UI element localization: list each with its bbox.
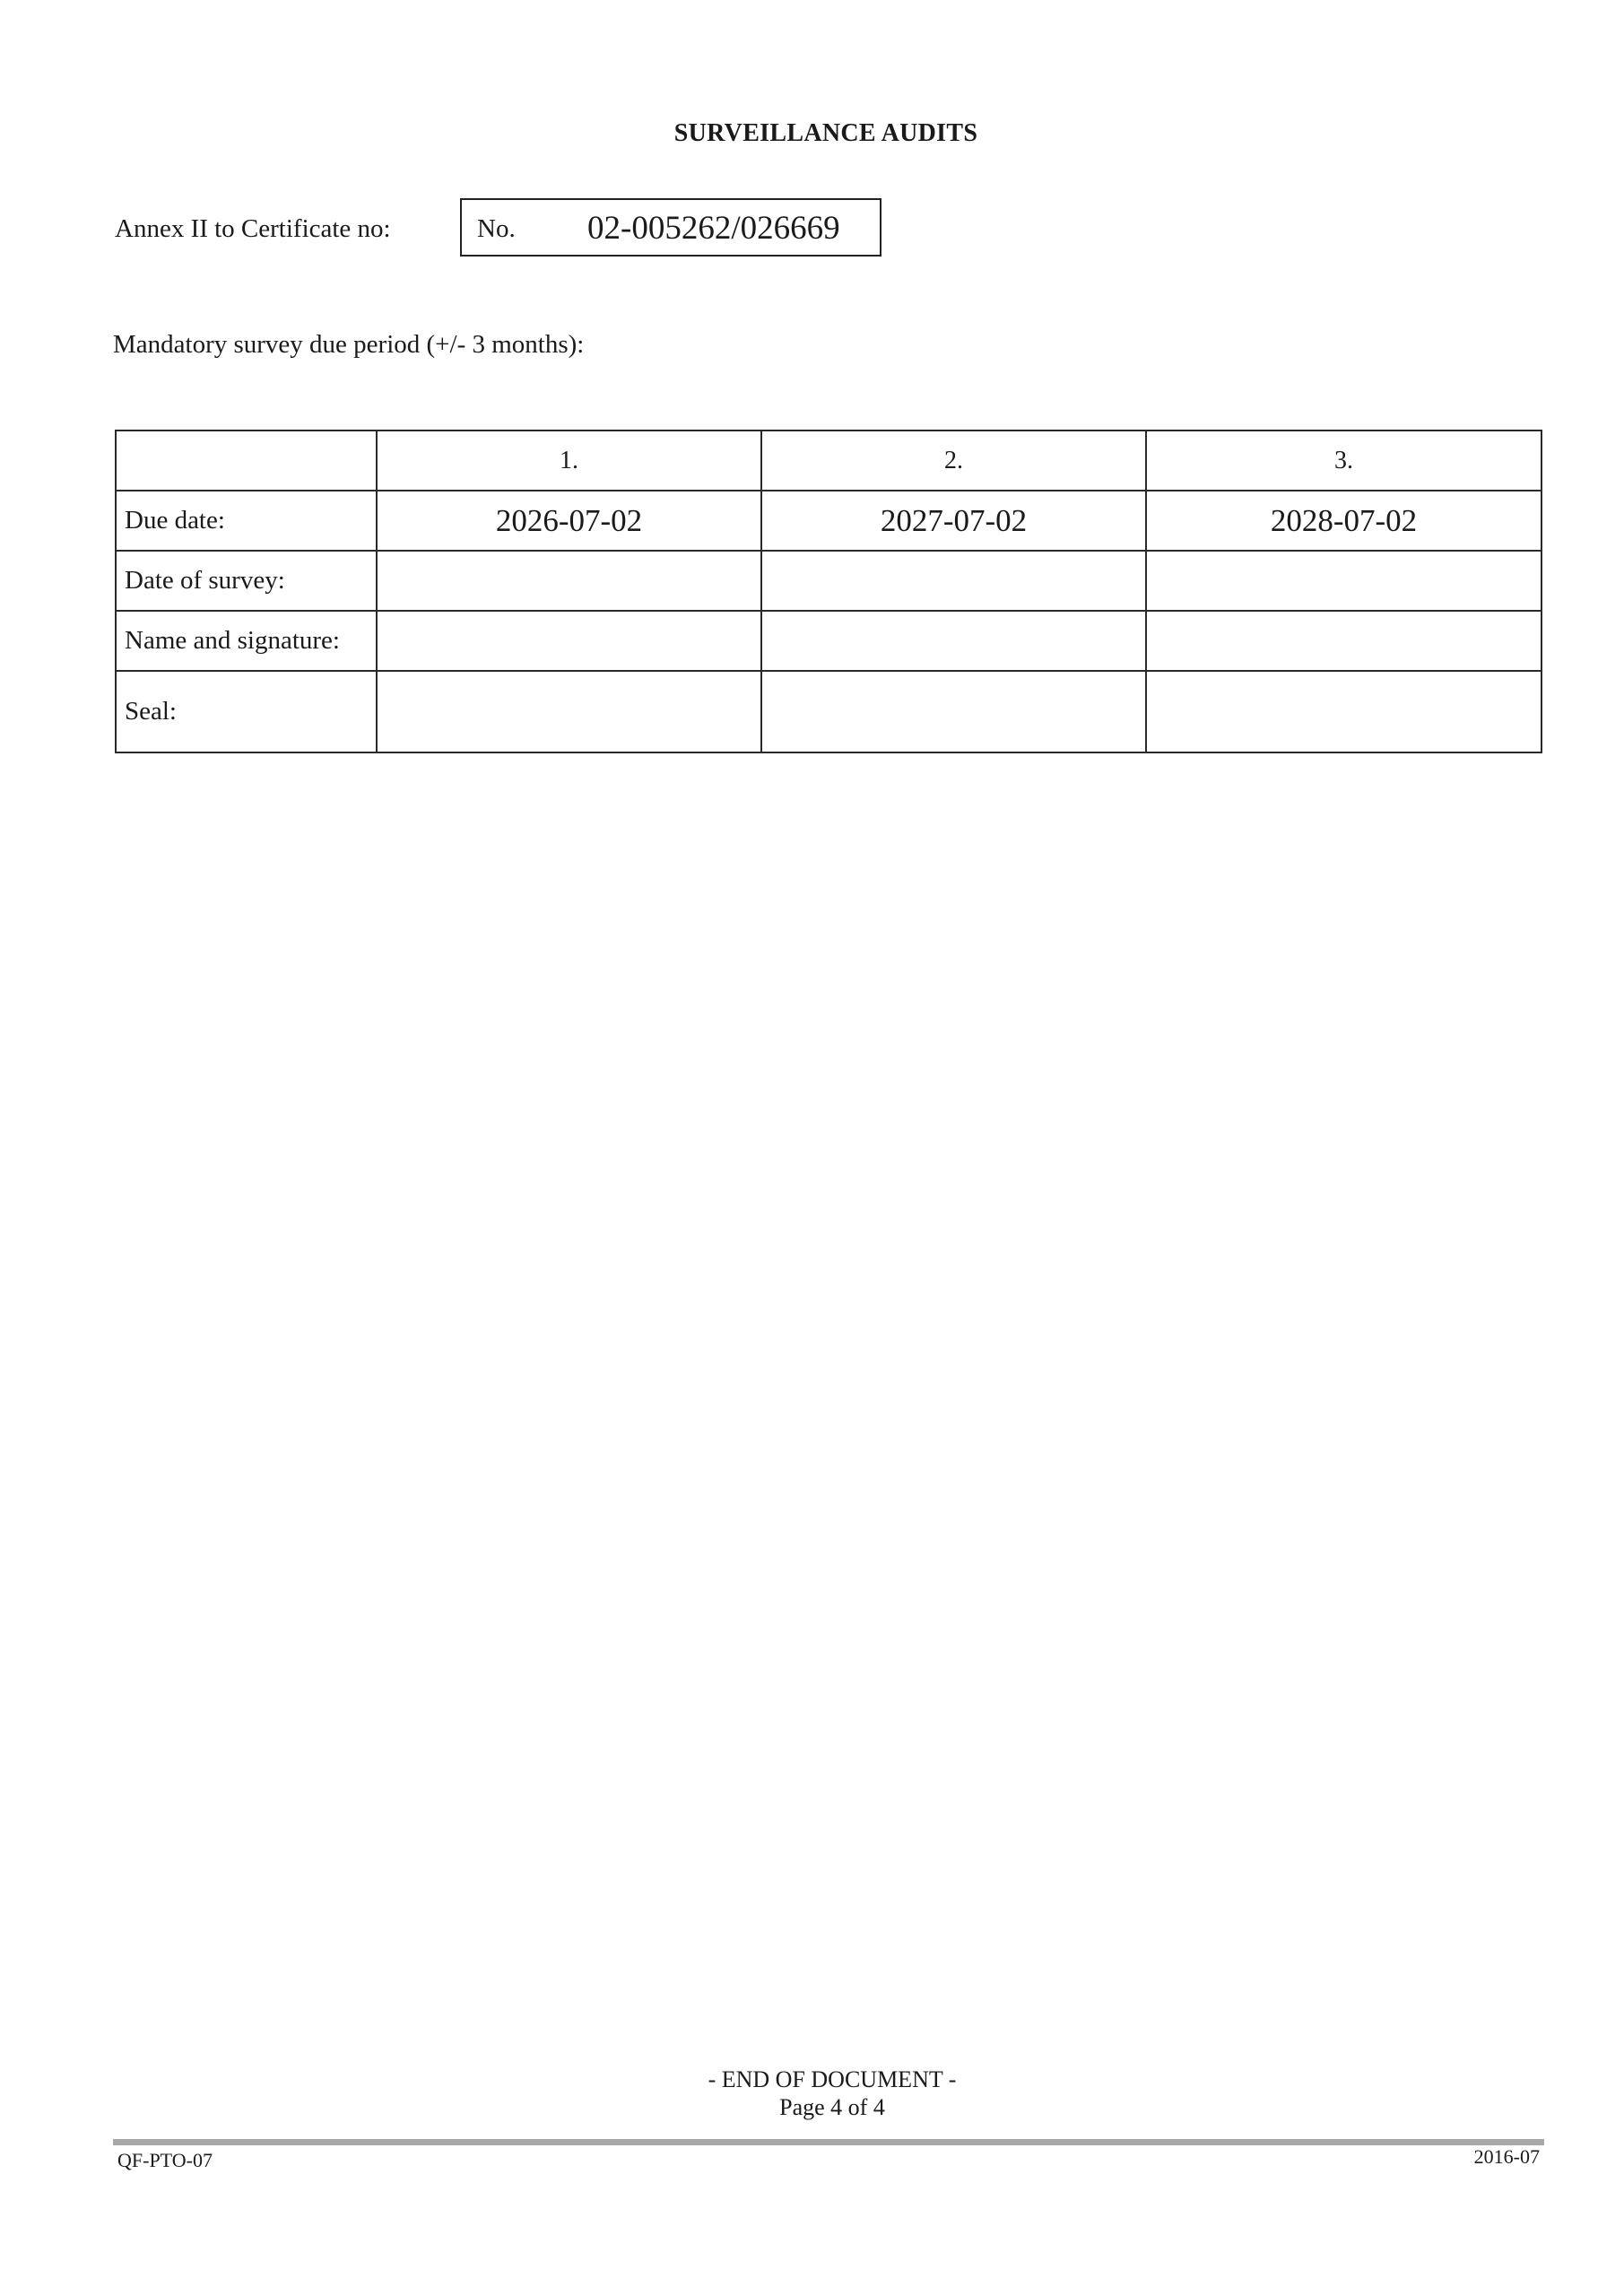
signature-3 — [1146, 611, 1541, 671]
seal-1 — [377, 671, 761, 752]
signature-2 — [761, 611, 1146, 671]
table-row-name-signature: Name and signature: — [116, 611, 1541, 671]
header-corner-cell — [116, 430, 377, 491]
survey-date-1 — [377, 551, 761, 611]
form-revision: 2016-07 — [1474, 2145, 1540, 2169]
form-code: QF-PTO-07 — [117, 2149, 213, 2172]
table-row-seal: Seal: — [116, 671, 1541, 752]
seal-2 — [761, 671, 1146, 752]
row-label-name-signature: Name and signature: — [116, 611, 377, 671]
certificate-number-box: No. 02-005262/026669 — [460, 198, 881, 257]
page-number: Page 4 of 4 — [0, 2094, 1624, 2121]
table-header-row: 1. 2. 3. — [116, 430, 1541, 491]
table-row-due-date: Due date: 2026-07-02 2027-07-02 2028-07-… — [116, 491, 1541, 551]
header-survey-3: 3. — [1146, 430, 1541, 491]
page-title: SURVEILLANCE AUDITS — [0, 119, 1624, 148]
surveillance-audit-table: 1. 2. 3. Due date: 2026-07-02 2027-07-02… — [115, 430, 1542, 753]
survey-date-2 — [761, 551, 1146, 611]
row-label-seal: Seal: — [116, 671, 377, 752]
survey-date-3 — [1146, 551, 1541, 611]
due-date-1: 2026-07-02 — [377, 491, 761, 551]
footer-divider — [113, 2139, 1544, 2145]
signature-1 — [377, 611, 761, 671]
header-survey-1: 1. — [377, 430, 761, 491]
due-date-3: 2028-07-02 — [1146, 491, 1541, 551]
due-period-label: Mandatory survey due period (+/- 3 month… — [113, 330, 584, 360]
header-survey-2: 2. — [761, 430, 1146, 491]
certificate-number: 02-005262/026669 — [587, 209, 840, 248]
table-row-date-of-survey: Date of survey: — [116, 551, 1541, 611]
due-date-2: 2027-07-02 — [761, 491, 1146, 551]
seal-3 — [1146, 671, 1541, 752]
annex-label: Annex II to Certificate no: — [115, 214, 391, 244]
row-label-due-date: Due date: — [116, 491, 377, 551]
certificate-prefix: No. — [477, 214, 516, 244]
row-label-date-of-survey: Date of survey: — [116, 551, 377, 611]
end-of-document-text: - END OF DOCUMENT - — [0, 2066, 1624, 2093]
